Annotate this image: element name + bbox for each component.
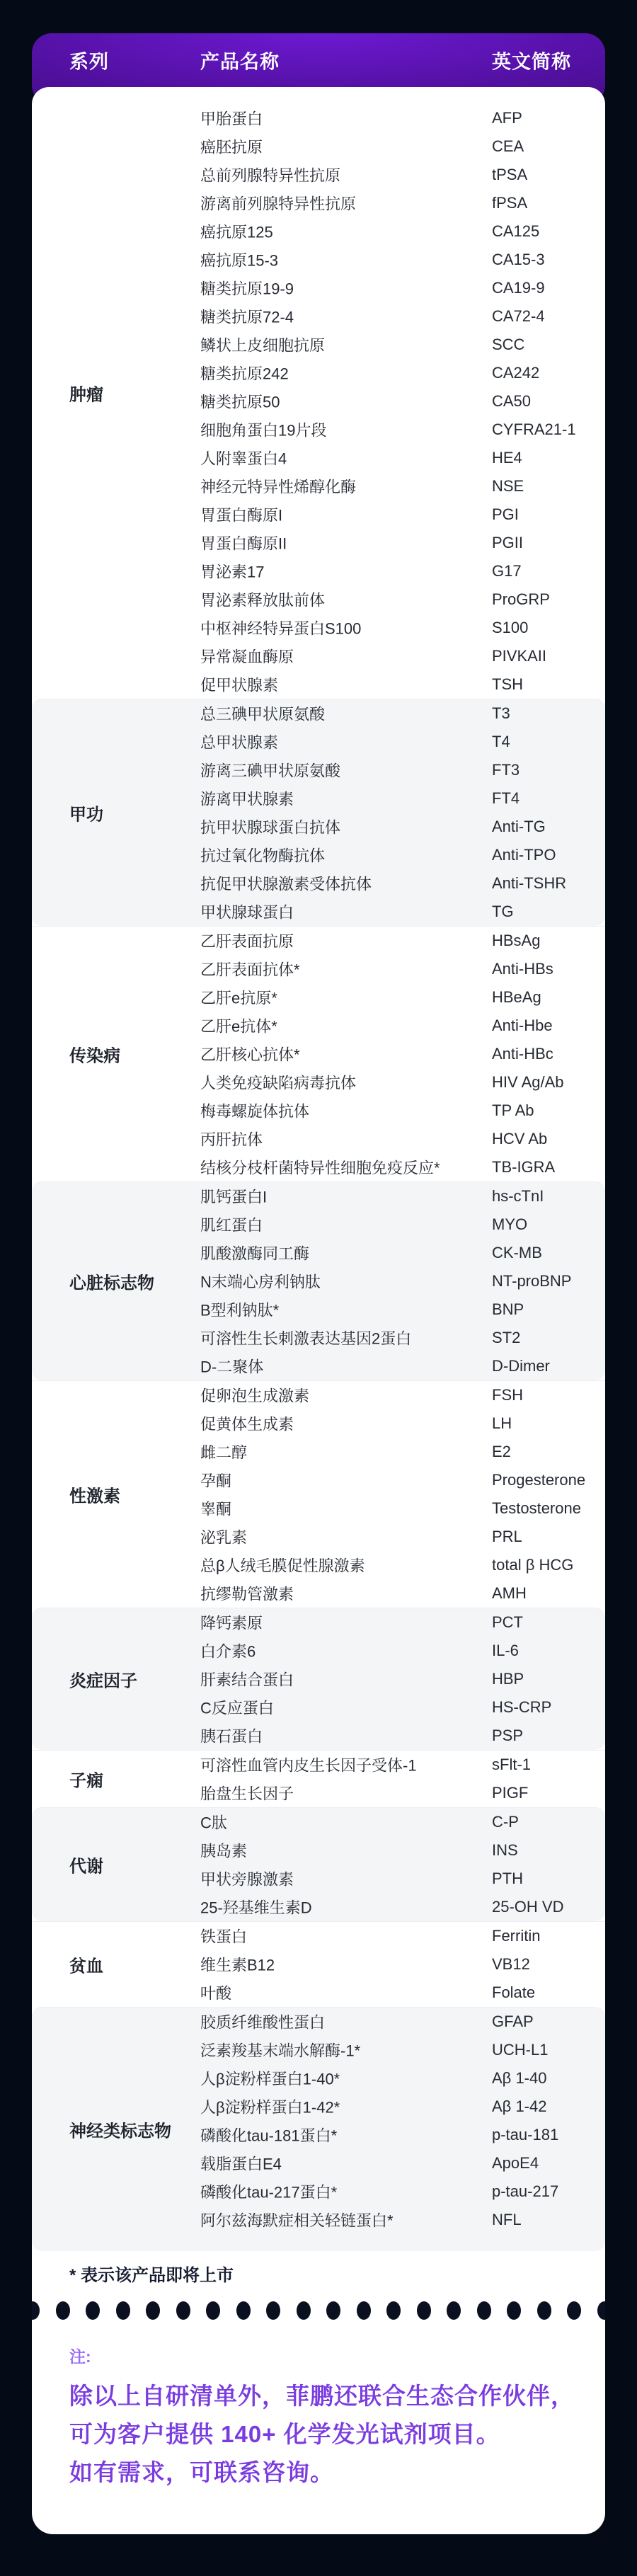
category-section: 传染病乙肝表面抗原HBsAg乙肝表面抗体*Anti-HBs乙肝e抗原*HBeAg… [32, 926, 605, 1181]
table-row: 癌抗原15-3CA15-3 [32, 246, 605, 274]
table-row: 游离三碘甲状原氨酸FT3 [32, 756, 605, 784]
abbr-cell: Anti-HBs [492, 960, 553, 978]
product-name-cell: 异常凝血酶原 [200, 646, 294, 668]
abbr-cell: HBsAg [492, 932, 540, 950]
table-row: 人附睾蛋白4HE4 [32, 444, 605, 472]
abbr-cell: PSP [492, 1727, 523, 1745]
abbr-cell: Progesterone [492, 1471, 585, 1489]
abbr-cell: Aβ 1-40 [492, 2069, 546, 2088]
abbr-cell: IL-6 [492, 1642, 519, 1660]
abbr-cell: CA15-3 [492, 251, 545, 269]
table-row: 游离甲状腺素FT4 [32, 784, 605, 813]
abbr-cell: NSE [492, 477, 524, 496]
product-name-cell: D-二聚体 [200, 1356, 263, 1378]
category-section: 甲功总三碘甲状原氨酸T3总甲状腺素T4游离三碘甲状原氨酸FT3游离甲状腺素FT4… [32, 699, 605, 926]
table-row: 叶酸Folate [32, 1979, 605, 2007]
header-col-series: 系列 [69, 47, 109, 74]
abbr-cell: PCT [492, 1613, 523, 1632]
table-row: N末端心房利钠肽NT-proBNP [32, 1267, 605, 1295]
table-row: 人β淀粉样蛋白1-42*Aβ 1-42 [32, 2093, 605, 2121]
product-name-cell: 游离前列腺特异性抗原 [200, 193, 356, 214]
abbr-cell: HBeAg [492, 988, 541, 1007]
abbr-cell: TP Ab [492, 1101, 534, 1120]
product-name-cell: 胃泌素17 [200, 561, 264, 583]
product-list-card: 系列 产品名称 英文简称 肿瘤甲胎蛋白AFP癌胚抗原CEA总前列腺特异性抗原tP… [32, 33, 605, 2534]
category-section: 代谢C肽C-P胰岛素INS甲状旁腺激素PTH25-羟基维生素D25-OH VD [32, 1807, 605, 1921]
note-label: 注: [69, 2344, 568, 2367]
abbr-cell: PTH [492, 1870, 523, 1888]
table-row: D-二聚体D-Dimer [32, 1352, 605, 1380]
abbr-cell: total β HCG [492, 1556, 573, 1574]
table-row: 胃泌素释放肽前体ProGRP [32, 585, 605, 614]
abbr-cell: Testosterone [492, 1499, 581, 1518]
card-footer: * 表示该产品即将上市 注: 除以上自研清单外，菲鹏还联合生态合作伙伴，可为客户… [32, 2261, 605, 2492]
product-name-cell: 胰石蛋白 [200, 1725, 263, 1747]
product-name-cell: C反应蛋白 [200, 1697, 274, 1719]
table-row: 胎盘生长因子PIGF [32, 1779, 605, 1807]
perforation-dots [32, 2301, 605, 2320]
abbr-cell: SCC [492, 336, 524, 354]
product-name-cell: 人附睾蛋白4 [200, 447, 287, 469]
table-row: 总三碘甲状原氨酸T3 [32, 699, 605, 728]
table-row: 人β淀粉样蛋白1-40*Aβ 1-40 [32, 2064, 605, 2093]
table-row: 癌胚抗原CEA [32, 132, 605, 161]
table-row: 胰石蛋白PSP [32, 1722, 605, 1750]
abbr-cell: TB-IGRA [492, 1158, 555, 1177]
abbr-cell: HE4 [492, 449, 522, 467]
abbr-cell: E2 [492, 1443, 511, 1461]
table-row: 促黄体生成素LH [32, 1409, 605, 1438]
abbr-cell: UCH-L1 [492, 2041, 548, 2059]
category-sections: 肿瘤甲胎蛋白AFP癌胚抗原CEA总前列腺特异性抗原tPSA游离前列腺特异性抗原f… [32, 87, 605, 2251]
abbr-cell: p-tau-181 [492, 2126, 558, 2144]
product-name-cell: 总三碘甲状原氨酸 [200, 703, 325, 725]
perforation-dot-icon [537, 2301, 551, 2320]
product-name-cell: 胎盘生长因子 [200, 1782, 294, 1804]
product-name-cell: 雌二醇 [200, 1441, 247, 1463]
product-name-cell: 乙肝表面抗体* [200, 958, 300, 980]
table-row: 雌二醇E2 [32, 1438, 605, 1466]
product-name-cell: 胰岛素 [200, 1840, 247, 1862]
table-row: 胰岛素INS [32, 1836, 605, 1865]
product-name-cell: 磷酸化tau-181蛋白* [200, 2124, 337, 2146]
table-row: 总β人绒毛膜促性腺激素total β HCG [32, 1551, 605, 1579]
table-row: 乙肝核心抗体*Anti-HBc [32, 1040, 605, 1068]
abbr-cell: PRL [492, 1528, 522, 1546]
table-row: 抗缪勒管激素AMH [32, 1579, 605, 1608]
table-row: 载脂蛋白E4ApoE4 [32, 2149, 605, 2177]
table-row: 结核分枝杆菌特异性细胞免疫反应*TB-IGRA [32, 1153, 605, 1181]
abbr-cell: HCV Ab [492, 1130, 547, 1148]
table-row: C肽C-P [32, 1808, 605, 1836]
abbr-cell: AFP [492, 109, 522, 127]
abbr-cell: Anti-TSHR [492, 874, 566, 893]
abbr-cell: Aβ 1-42 [492, 2097, 546, 2116]
perforation-dot-icon [206, 2301, 220, 2320]
product-name-cell: 乙肝表面抗原 [200, 930, 294, 952]
product-name-cell: 降钙素原 [200, 1612, 263, 1634]
footnote-text: * 表示该产品即将上市 [69, 2261, 568, 2286]
table-row: 肌钙蛋白Ihs-cTnI [32, 1182, 605, 1210]
product-name-cell: 胃泌素释放肽前体 [200, 589, 325, 611]
perforation-dot-icon [597, 2301, 605, 2320]
product-name-cell: 胃蛋白酶原II [200, 532, 287, 554]
product-name-cell: 中枢神经特异蛋白S100 [200, 617, 361, 639]
product-name-cell: 肌红蛋白 [200, 1214, 263, 1236]
product-name-cell: 抗缪勒管激素 [200, 1583, 294, 1605]
abbr-cell: sFlt-1 [492, 1756, 531, 1774]
abbr-cell: ProGRP [492, 590, 550, 609]
perforation-dot-icon [297, 2301, 311, 2320]
product-name-cell: 抗促甲状腺激素受体抗体 [200, 873, 372, 895]
abbr-cell: PGI [492, 505, 519, 524]
table-row: 乙肝表面抗体*Anti-HBs [32, 955, 605, 983]
product-name-cell: 总前列腺特异性抗原 [200, 164, 340, 186]
note-text: 除以上自研清单外，菲鹏还联合生态合作伙伴，可为客户提供 140+ 化学发光试剂项… [69, 2377, 568, 2492]
product-name-cell: 载脂蛋白E4 [200, 2153, 282, 2175]
table-row: 抗过氧化物酶抗体Anti-TPO [32, 841, 605, 869]
product-name-cell: 睾酮 [200, 1498, 231, 1520]
product-name-cell: 人类免疫缺陷病毒抗体 [200, 1072, 356, 1094]
abbr-cell: Anti-TG [492, 818, 546, 836]
product-name-cell: 泌乳素 [200, 1526, 247, 1548]
abbr-cell: INS [492, 1841, 518, 1860]
table-row: 细胞角蛋白19片段CYFRA21-1 [32, 416, 605, 444]
product-name-cell: 25-羟基维生素D [200, 1896, 312, 1918]
table-row: 肌酸激酶同工酶CK-MB [32, 1239, 605, 1267]
table-row: 阿尔兹海默症相关轻链蛋白*NFL [32, 2206, 605, 2234]
abbr-cell: MYO [492, 1215, 527, 1234]
product-name-cell: 癌抗原125 [200, 221, 273, 243]
product-name-cell: 细胞角蛋白19片段 [200, 419, 326, 441]
perforation-dot-icon [236, 2301, 251, 2320]
abbr-cell: TSH [492, 675, 523, 694]
abbr-cell: CYFRA21-1 [492, 420, 576, 439]
product-name-cell: 人β淀粉样蛋白1-40* [200, 2068, 340, 2090]
table-row: 癌抗原125CA125 [32, 217, 605, 246]
product-name-cell: B型利钠肽* [200, 1299, 279, 1321]
perforation-dot-icon [567, 2301, 581, 2320]
table-row: 甲胎蛋白AFP [32, 104, 605, 132]
perforation-dot-icon [507, 2301, 521, 2320]
abbr-cell: p-tau-217 [492, 2182, 558, 2201]
category-section: 子痫可溶性血管内皮生长因子受体-1sFlt-1胎盘生长因子PIGF [32, 1750, 605, 1807]
abbr-cell: Ferritin [492, 1927, 540, 1945]
product-name-cell: 甲胎蛋白 [200, 108, 263, 130]
table-row: 糖类抗原19-9CA19-9 [32, 274, 605, 302]
abbr-cell: NFL [492, 2211, 522, 2229]
category-section: 心脏标志物肌钙蛋白Ihs-cTnI肌红蛋白MYO肌酸激酶同工酶CK-MBN末端心… [32, 1181, 605, 1380]
table-row: 可溶性生长刺激表达基因2蛋白ST2 [32, 1324, 605, 1352]
perforation-dot-icon [386, 2301, 401, 2320]
product-name-cell: N末端心房利钠肽 [200, 1271, 321, 1293]
abbr-cell: G17 [492, 562, 522, 580]
product-name-cell: 梅毒螺旋体抗体 [200, 1100, 309, 1122]
table-row: 人类免疫缺陷病毒抗体HIV Ag/Ab [32, 1068, 605, 1097]
table-row: 25-羟基维生素D25-OH VD [32, 1893, 605, 1921]
table-row: 胶质纤维酸性蛋白GFAP [32, 2008, 605, 2036]
product-name-cell: C肽 [200, 1811, 227, 1833]
page-background: { "colors": { "page_bg": "#050b16", "hea… [0, 0, 637, 2576]
product-name-cell: 肌钙蛋白I [200, 1186, 267, 1208]
table-row: 促卵泡生成激素FSH [32, 1381, 605, 1409]
table-row: B型利钠肽*BNP [32, 1295, 605, 1324]
table-row: 糖类抗原72-4CA72-4 [32, 302, 605, 331]
category-section: 贫血铁蛋白Ferritin维生素B12VB12叶酸Folate [32, 1921, 605, 2007]
abbr-cell: CA125 [492, 222, 539, 241]
category-section: 炎症因子降钙素原PCT白介素6IL-6肝素结合蛋白HBPC反应蛋白HS-CRP胰… [32, 1608, 605, 1750]
perforation-dot-icon [176, 2301, 190, 2320]
product-name-cell: 丙肝抗体 [200, 1128, 263, 1150]
abbr-cell: 25-OH VD [492, 1898, 563, 1916]
product-name-cell: 磷酸化tau-217蛋白* [200, 2181, 337, 2203]
product-name-cell: 游离三碘甲状原氨酸 [200, 760, 340, 782]
product-name-cell: 神经元特异性烯醇化酶 [200, 476, 356, 498]
abbr-cell: CA72-4 [492, 307, 545, 326]
product-name-cell: 糖类抗原19-9 [200, 277, 294, 299]
product-name-cell: 糖类抗原72-4 [200, 306, 294, 328]
note-text-line: 除以上自研清单外，菲鹏还联合生态合作伙伴， [69, 2377, 568, 2415]
product-name-cell: 结核分枝杆菌特异性细胞免疫反应* [200, 1157, 440, 1179]
product-name-cell: 抗甲状腺球蛋白抗体 [200, 816, 340, 838]
abbr-cell: TG [492, 903, 514, 921]
perforation-dot-icon [417, 2301, 431, 2320]
product-name-cell: 阿尔兹海默症相关轻链蛋白* [200, 2209, 394, 2231]
product-name-cell: 促黄体生成素 [200, 1413, 294, 1435]
perforation-dot-icon [477, 2301, 491, 2320]
abbr-cell: HIV Ag/Ab [492, 1073, 564, 1092]
product-name-cell: 孕酮 [200, 1470, 231, 1492]
table-row: 促甲状腺素TSH [32, 670, 605, 699]
table-row: 中枢神经特异蛋白S100S100 [32, 614, 605, 642]
product-name-cell: 癌抗原15-3 [200, 249, 278, 271]
table-row: 铁蛋白Ferritin [32, 1922, 605, 1950]
table-row: 泛素羧基末端水解酶-1*UCH-L1 [32, 2036, 605, 2064]
table-row: 游离前列腺特异性抗原fPSA [32, 189, 605, 217]
product-name-cell: 乙肝核心抗体* [200, 1043, 300, 1065]
table-row: 梅毒螺旋体抗体TP Ab [32, 1097, 605, 1125]
abbr-cell: Anti-TPO [492, 846, 556, 864]
perforation-dot-icon [146, 2301, 160, 2320]
perforation-dot-icon [357, 2301, 371, 2320]
abbr-cell: Anti-Hbe [492, 1017, 553, 1035]
product-name-cell: 促甲状腺素 [200, 674, 278, 696]
product-name-cell: 维生素B12 [200, 1954, 275, 1976]
product-name-cell: 肝素结合蛋白 [200, 1668, 294, 1690]
product-name-cell: 总β人绒毛膜促性腺激素 [200, 1555, 365, 1576]
product-name-cell: 抗过氧化物酶抗体 [200, 845, 325, 866]
abbr-cell: ST2 [492, 1329, 520, 1347]
table-row: 甲状腺球蛋白TG [32, 898, 605, 926]
table-row: 肌红蛋白MYO [32, 1210, 605, 1239]
product-name-cell: 癌胚抗原 [200, 136, 263, 158]
product-name-cell: 甲状腺球蛋白 [200, 901, 294, 923]
product-name-cell: 人β淀粉样蛋白1-42* [200, 2096, 340, 2118]
product-name-cell: 乙肝e抗原* [200, 987, 277, 1009]
abbr-cell: CA50 [492, 392, 531, 411]
perforation-dot-icon [56, 2301, 70, 2320]
product-name-cell: 可溶性生长刺激表达基因2蛋白 [200, 1327, 411, 1349]
abbr-cell: D-Dimer [492, 1357, 550, 1375]
product-name-cell: 总甲状腺素 [200, 731, 278, 753]
note-text-line: 如有需求，可联系咨询。 [69, 2454, 568, 2492]
abbr-cell: PIVKAII [492, 647, 546, 665]
table-row: 泌乳素PRL [32, 1523, 605, 1551]
table-row: 乙肝e抗原*HBeAg [32, 983, 605, 1012]
product-name-cell: 叶酸 [200, 1982, 231, 2004]
header-col-product: 产品名称 [200, 47, 280, 74]
abbr-cell: fPSA [492, 194, 527, 212]
perforation-dot-icon [447, 2301, 461, 2320]
abbr-cell: CA19-9 [492, 279, 545, 297]
abbr-cell: T3 [492, 704, 510, 723]
abbr-cell: VB12 [492, 1955, 530, 1974]
abbr-cell: FSH [492, 1386, 523, 1404]
product-name-cell: 铁蛋白 [200, 1925, 247, 1947]
abbr-cell: Anti-HBc [492, 1045, 553, 1063]
table-row: 乙肝e抗体*Anti-Hbe [32, 1012, 605, 1040]
perforation-dot-icon [326, 2301, 340, 2320]
product-name-cell: 糖类抗原50 [200, 391, 280, 413]
abbr-cell: Folate [492, 1983, 535, 2002]
table-row: 抗甲状腺球蛋白抗体Anti-TG [32, 813, 605, 841]
table-row: 抗促甲状腺激素受体抗体Anti-TSHR [32, 869, 605, 898]
table-row: 神经元特异性烯醇化酶NSE [32, 472, 605, 500]
perforation-dot-icon [266, 2301, 280, 2320]
category-section: 性激素促卵泡生成激素FSH促黄体生成素LH雌二醇E2孕酮Progesterone… [32, 1380, 605, 1608]
abbr-cell: hs-cTnI [492, 1187, 544, 1206]
table-row: 胃蛋白酶原IPGI [32, 500, 605, 529]
table-row: 甲状旁腺激素PTH [32, 1865, 605, 1893]
product-name-cell: 甲状旁腺激素 [200, 1868, 294, 1890]
abbr-cell: CA242 [492, 364, 539, 382]
product-name-cell: 乙肝e抗体* [200, 1015, 277, 1037]
abbr-cell: CEA [492, 137, 524, 156]
product-name-cell: 游离甲状腺素 [200, 788, 294, 810]
abbr-cell: AMH [492, 1584, 527, 1603]
perforation-dot-icon [116, 2301, 130, 2320]
table-row: 丙肝抗体HCV Ab [32, 1125, 605, 1153]
table-row: 孕酮Progesterone [32, 1466, 605, 1494]
abbr-cell: FT4 [492, 789, 520, 808]
product-name-cell: 促卵泡生成激素 [200, 1385, 309, 1407]
abbr-cell: LH [492, 1414, 512, 1433]
table-row: 糖类抗原242CA242 [32, 359, 605, 387]
table-row: C反应蛋白HS-CRP [32, 1693, 605, 1722]
abbr-cell: HBP [492, 1670, 524, 1688]
note-text-line: 可为客户提供 140+ 化学发光试剂项目。 [69, 2415, 568, 2454]
category-section: 神经类标志物胶质纤维酸性蛋白GFAP泛素羧基末端水解酶-1*UCH-L1人β淀粉… [32, 2007, 605, 2251]
perforation-dot-icon [32, 2301, 40, 2320]
product-name-cell: 肌酸激酶同工酶 [200, 1242, 309, 1264]
table-row: 糖类抗原50CA50 [32, 387, 605, 416]
table-row: 磷酸化tau-181蛋白*p-tau-181 [32, 2121, 605, 2149]
product-name-cell: 胃蛋白酶原I [200, 504, 282, 526]
abbr-cell: GFAP [492, 2013, 534, 2031]
table-row: 乙肝表面抗原HBsAg [32, 927, 605, 955]
table-row: 异常凝血酶原PIVKAII [32, 642, 605, 670]
abbr-cell: S100 [492, 619, 528, 637]
abbr-cell: CK-MB [492, 1244, 542, 1262]
table-row: 降钙素原PCT [32, 1608, 605, 1637]
product-name-cell: 白介素6 [200, 1640, 256, 1662]
abbr-cell: BNP [492, 1300, 524, 1319]
table-body: 肿瘤甲胎蛋白AFP癌胚抗原CEA总前列腺特异性抗原tPSA游离前列腺特异性抗原f… [32, 87, 605, 2534]
abbr-cell: PGII [492, 534, 523, 552]
category-section: 肿瘤甲胎蛋白AFP癌胚抗原CEA总前列腺特异性抗原tPSA游离前列腺特异性抗原f… [32, 87, 605, 699]
product-name-cell: 胶质纤维酸性蛋白 [200, 2011, 325, 2033]
abbr-cell: C-P [492, 1813, 519, 1831]
table-row: 可溶性血管内皮生长因子受体-1sFlt-1 [32, 1751, 605, 1779]
product-name-cell: 可溶性血管内皮生长因子受体-1 [200, 1754, 417, 1776]
abbr-cell: ApoE4 [492, 2154, 539, 2173]
abbr-cell: tPSA [492, 166, 527, 184]
table-row: 鳞状上皮细胞抗原SCC [32, 331, 605, 359]
abbr-cell: FT3 [492, 761, 520, 779]
abbr-cell: PIGF [492, 1784, 528, 1802]
product-name-cell: 鳞状上皮细胞抗原 [200, 334, 325, 356]
table-row: 总甲状腺素T4 [32, 728, 605, 756]
table-row: 胃蛋白酶原IIPGII [32, 529, 605, 557]
table-row: 总前列腺特异性抗原tPSA [32, 161, 605, 189]
abbr-cell: HS-CRP [492, 1698, 551, 1717]
table-row: 磷酸化tau-217蛋白*p-tau-217 [32, 2177, 605, 2206]
abbr-cell: T4 [492, 733, 510, 751]
perforation-dot-icon [86, 2301, 100, 2320]
table-row: 维生素B12VB12 [32, 1950, 605, 1979]
product-name-cell: 糖类抗原242 [200, 362, 289, 384]
product-name-cell: 泛素羧基末端水解酶-1* [200, 2039, 360, 2061]
abbr-cell: NT-proBNP [492, 1272, 571, 1290]
table-row: 肝素结合蛋白HBP [32, 1665, 605, 1693]
table-row: 白介素6IL-6 [32, 1637, 605, 1665]
header-col-abbr: 英文简称 [492, 47, 571, 74]
table-row: 胃泌素17G17 [32, 557, 605, 585]
table-row: 睾酮Testosterone [32, 1494, 605, 1523]
